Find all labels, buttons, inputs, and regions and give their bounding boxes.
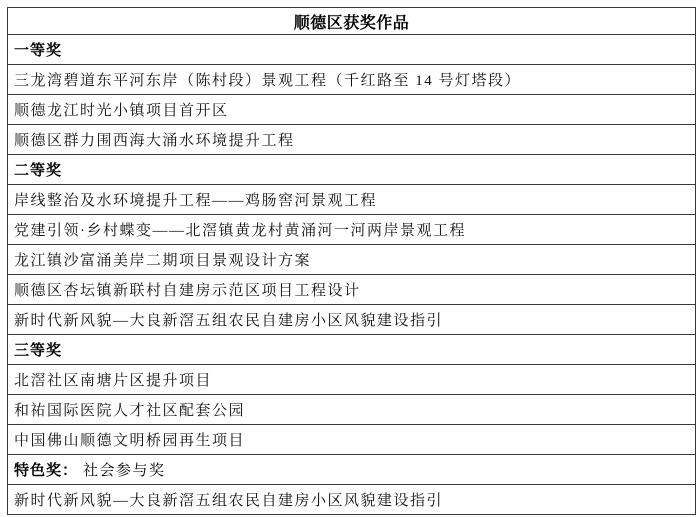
item-row: 顺德区群力围西海大涌水环境提升工程 (8, 124, 695, 154)
section-header-suffix: 社会参与奖 (83, 459, 166, 480)
item-row: 龙江镇沙富涌美岸二期项目景观设计方案 (8, 244, 695, 274)
item-text: 和祐国际医院人才社区配套公园 (14, 399, 245, 420)
item-row: 党建引领·乡村蝶变——北滘镇黄龙村黄涌河一河两岸景观工程 (8, 214, 695, 244)
item-text: 三龙湾碧道东平河东岸（陈村段）景观工程（千红路至 14 号灯塔段） (14, 69, 521, 90)
item-text: 龙江镇沙富涌美岸二期项目景观设计方案 (14, 249, 311, 270)
item-row: 新时代新风貌—大良新滘五组农民自建房小区风貌建设指引 (8, 304, 695, 334)
table-body: 一等奖三龙湾碧道东平河东岸（陈村段）景观工程（千红路至 14 号灯塔段）顺德龙江… (8, 34, 695, 514)
item-row: 岸线整治及水环境提升工程——鸡肠窖河景观工程 (8, 184, 695, 214)
item-row: 新时代新风貌—大良新滘五组农民自建房小区风貌建设指引 (8, 484, 695, 514)
item-text: 顺德区群力围西海大涌水环境提升工程 (14, 129, 295, 150)
section-header-label: 一等奖 (14, 39, 62, 60)
item-text: 中国佛山顺德文明桥园再生项目 (14, 429, 245, 450)
section-header-row: 特色奖：社会参与奖 (8, 454, 695, 484)
item-row: 北滘社区南塘片区提升项目 (8, 364, 695, 394)
item-text: 北滘社区南塘片区提升项目 (14, 369, 212, 390)
section-header-label: 三等奖 (14, 339, 62, 360)
award-table: 顺德区获奖作品 一等奖三龙湾碧道东平河东岸（陈村段）景观工程（千红路至 14 号… (7, 7, 696, 515)
item-row: 和祐国际医院人才社区配套公园 (8, 394, 695, 424)
item-text: 新时代新风貌—大良新滘五组农民自建房小区风貌建设指引 (14, 309, 443, 330)
section-header-row: 一等奖 (8, 34, 695, 64)
item-text: 新时代新风貌—大良新滘五组农民自建房小区风貌建设指引 (14, 489, 443, 510)
item-row: 顺德龙江时光小镇项目首开区 (8, 94, 695, 124)
item-text: 顺德区杏坛镇新联村自建房示范区项目工程设计 (14, 279, 361, 300)
section-header-label: 特色奖： (14, 459, 78, 480)
item-row: 顺德区杏坛镇新联村自建房示范区项目工程设计 (8, 274, 695, 304)
item-text: 党建引领·乡村蝶变——北滘镇黄龙村黄涌河一河两岸景观工程 (14, 219, 466, 240)
item-text: 顺德龙江时光小镇项目首开区 (14, 99, 229, 120)
item-row: 中国佛山顺德文明桥园再生项目 (8, 424, 695, 454)
item-text: 岸线整治及水环境提升工程——鸡肠窖河景观工程 (14, 189, 377, 210)
table-title-row: 顺德区获奖作品 (8, 8, 695, 34)
page-title: 顺德区获奖作品 (294, 10, 410, 33)
section-header-label: 二等奖 (14, 159, 62, 180)
item-row: 三龙湾碧道东平河东岸（陈村段）景观工程（千红路至 14 号灯塔段） (8, 64, 695, 94)
section-header-row: 二等奖 (8, 154, 695, 184)
section-header-row: 三等奖 (8, 334, 695, 364)
